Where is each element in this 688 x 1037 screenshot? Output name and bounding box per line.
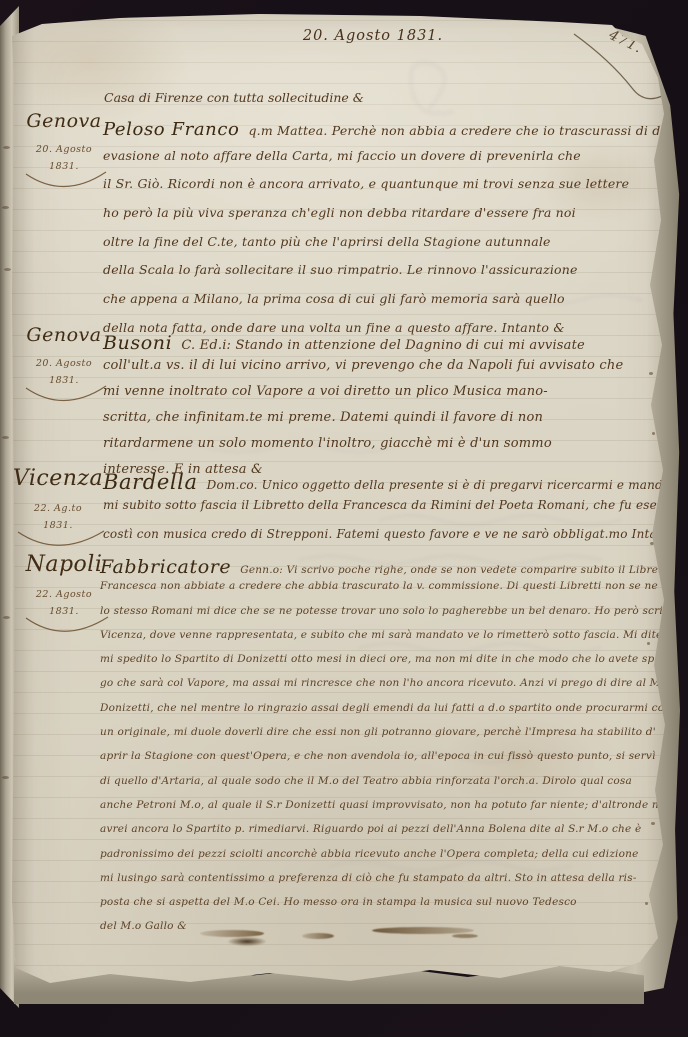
letter-entry-busoni: BusoniC. Ed.i: Stando in attenzione del … bbox=[103, 332, 623, 488]
margin-flourish bbox=[14, 615, 114, 641]
margin-city: Vicenza bbox=[6, 466, 110, 491]
letter-line: BardellaDom.co. Unico oggetto della pres… bbox=[103, 470, 688, 498]
margin-date: 20. Agosto bbox=[16, 358, 112, 369]
letter-line: mi venne inoltrato col Vapore a voi dire… bbox=[103, 384, 623, 410]
manuscript-scan: 20. Agosto 1831. 471. Genova 20. Agosto … bbox=[0, 0, 688, 1037]
margin-entry-genova-1: Genova 20. Agosto 1831. bbox=[16, 110, 112, 200]
margin-city: Genova bbox=[16, 110, 112, 132]
margin-city: Napoli bbox=[14, 552, 114, 577]
letter-line: aprir la Stagione con quest'Opera, e che… bbox=[100, 750, 688, 774]
margin-date: 20. Agosto bbox=[16, 144, 112, 155]
letter-line: Peloso Francoq.m Mattea. Perchè non abbi… bbox=[103, 119, 682, 148]
letter-line: oltre la fine del C.te, tanto più che l'… bbox=[103, 234, 682, 263]
letter-line: avrei ancora lo Spartito p. rimediarvi. … bbox=[100, 823, 688, 847]
letter-line: coll'ult.a vs. il di lui vicino arrivo, … bbox=[103, 358, 623, 384]
letter-line: mi spedito lo Spartito di Donizetti otto… bbox=[100, 653, 688, 677]
addressee-name: Busoni bbox=[103, 332, 172, 354]
margin-city: Genova bbox=[16, 324, 112, 346]
letter-line: FabbricatoreGenn.o: Vi scrivo poche righ… bbox=[100, 556, 688, 580]
letter-line: ho però la più viva speranza ch'egli non… bbox=[103, 205, 682, 234]
edge-ink-speck bbox=[649, 372, 653, 375]
margin-entry-genova-2: Genova 20. Agosto 1831. bbox=[16, 324, 112, 414]
letter-entry-peloso: Peloso Francoq.m Mattea. Perchè non abbi… bbox=[103, 119, 682, 349]
letter-line: anche Petroni M.o, al quale il S.r Doniz… bbox=[100, 799, 688, 823]
letter-line: padronissimo dei pezzi sciolti ancorchè … bbox=[100, 848, 688, 872]
ink-smudge bbox=[302, 933, 334, 939]
letter-line: Francesca non abbiate a credere che abbi… bbox=[100, 580, 688, 604]
header-date: 20. Agosto 1831. bbox=[288, 28, 458, 44]
edge-ink-speck bbox=[647, 642, 650, 645]
letter-line: go che sarà col Vapore, ma assai mi rinc… bbox=[100, 677, 688, 701]
letter-line: BusoniC. Ed.i: Stando in attenzione del … bbox=[103, 332, 623, 358]
letter-line: che appena a Milano, la prima cosa di cu… bbox=[103, 291, 682, 320]
edge-ink-speck bbox=[652, 432, 655, 435]
letter-entry-fabbricatore: FabbricatoreGenn.o: Vi scrivo poche righ… bbox=[100, 556, 688, 945]
edge-ink-speck bbox=[651, 822, 655, 825]
margin-flourish bbox=[16, 384, 112, 410]
letter-line: scritta, che infinitam.te mi preme. Date… bbox=[103, 410, 623, 436]
letter-line: Vicenza, dove venne rappresentata, e sub… bbox=[100, 629, 688, 653]
letter-continuation-line: Casa di Firenze con tutta sollecitudine … bbox=[104, 90, 364, 105]
margin-date: 22. Ag.to bbox=[6, 503, 110, 514]
letter-line: posta che si aspetta del M.o Cei. Ho mes… bbox=[100, 896, 688, 920]
letter-line: lo stesso Romani mi dice che se ne potes… bbox=[100, 605, 688, 629]
letter-line: Donizetti, che nel mentre lo ringrazio a… bbox=[100, 702, 688, 726]
letter-entry-bardella: BardellaDom.co. Unico oggetto della pres… bbox=[103, 470, 688, 555]
ink-smudge bbox=[228, 937, 266, 946]
ink-smudge bbox=[452, 934, 478, 938]
letter-line: un originale, mi duole doverli dire che … bbox=[100, 726, 688, 750]
addressee-name: Peloso Franco bbox=[103, 119, 239, 140]
manuscript-page: 20. Agosto 1831. 471. Genova 20. Agosto … bbox=[0, 0, 688, 1037]
ink-smudge bbox=[200, 930, 264, 937]
addressee-name: Fabbricatore bbox=[100, 556, 231, 578]
addressee-name: Bardella bbox=[103, 470, 198, 494]
letter-line: mi lusingo sarà contentissimo a preferen… bbox=[100, 872, 688, 896]
letter-line: della Scala lo farà sollecitare il suo r… bbox=[103, 262, 682, 291]
margin-date: 22. Agosto bbox=[14, 589, 114, 600]
margin-entry-napoli: Napoli 22. Agosto 1831. bbox=[14, 552, 114, 645]
letter-line: costì con musica credo di Strepponi. Fat… bbox=[103, 527, 688, 555]
letter-line: evasione al noto affare della Carta, mi … bbox=[103, 148, 682, 177]
edge-ink-speck bbox=[645, 902, 648, 905]
margin-entry-vicenza: Vicenza 22. Ag.to 1831. bbox=[6, 466, 110, 559]
margin-flourish bbox=[16, 170, 112, 196]
letter-line: il Sr. Giò. Ricordi non è ancora arrivat… bbox=[103, 176, 682, 205]
ink-smudge bbox=[372, 927, 474, 934]
letter-line: ritardarmene un solo momento l'inoltro, … bbox=[103, 436, 623, 462]
letter-line: di quello d'Artaria, al quale sodo che i… bbox=[100, 775, 688, 799]
letter-line: mi subito sotto fascia il Libretto della… bbox=[103, 498, 688, 526]
